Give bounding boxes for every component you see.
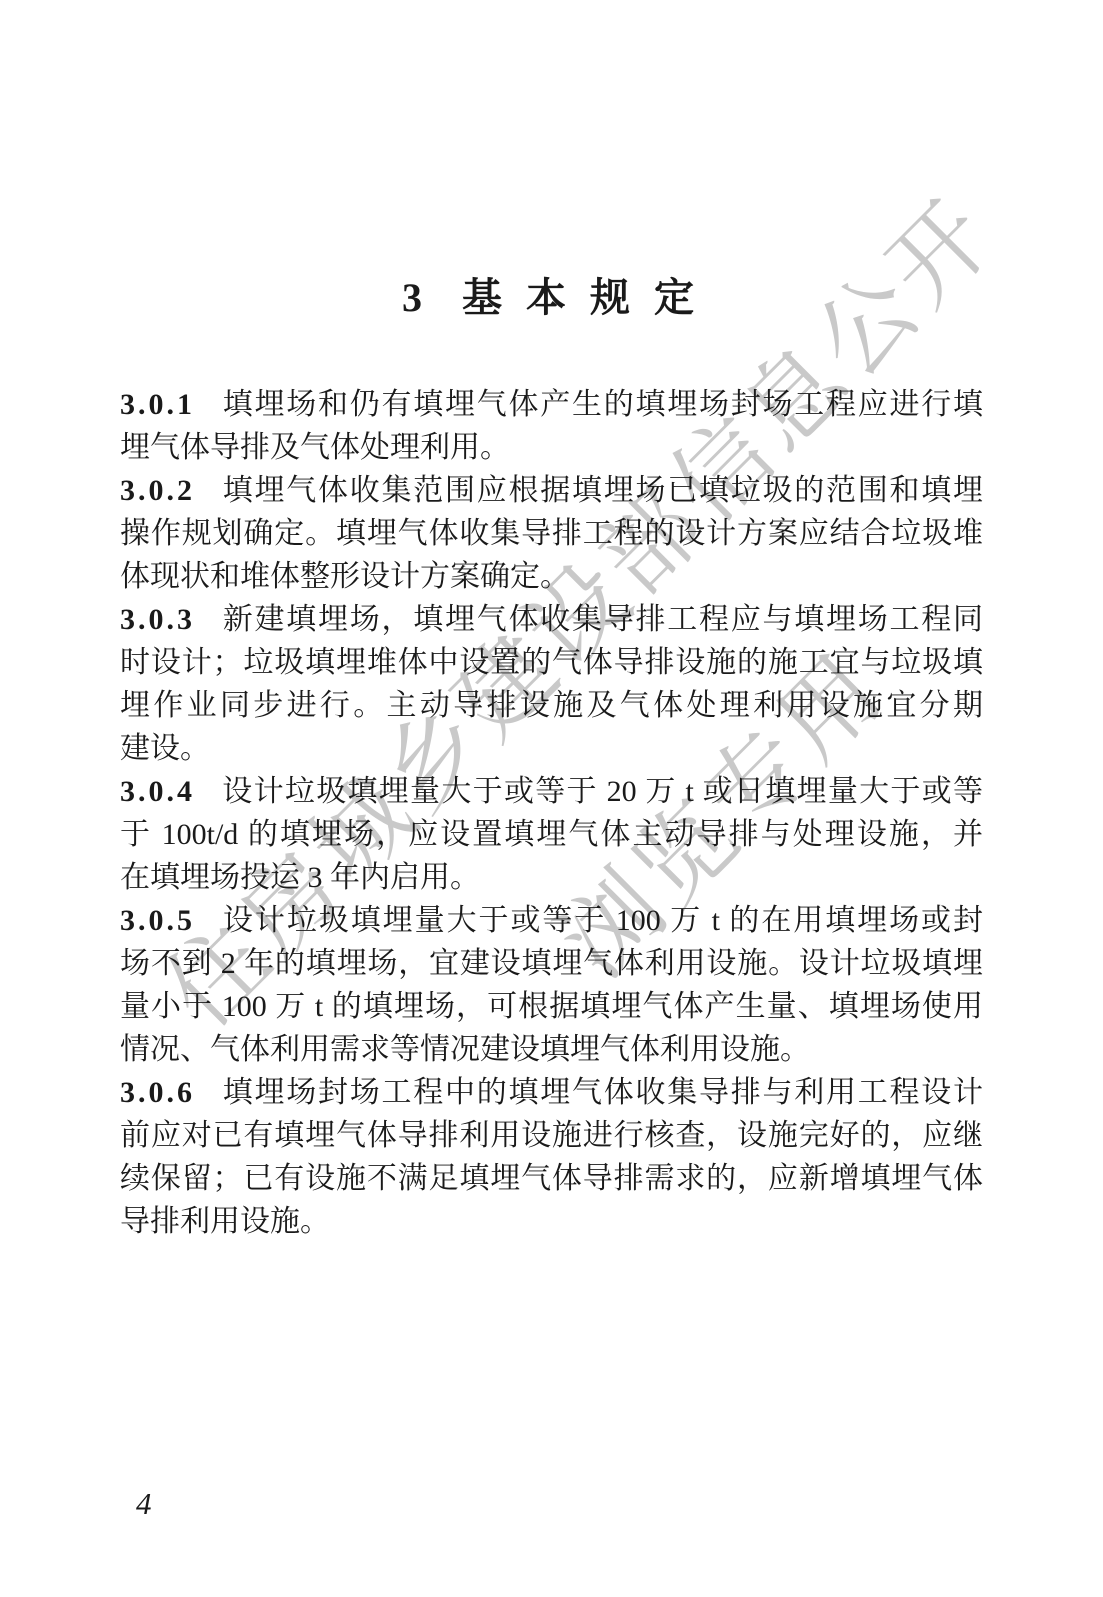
page-number: 4: [136, 1486, 152, 1522]
clause-line: 3.0.5设计垃圾填埋量大于或等于 100 万 t 的在用填埋场或封: [120, 899, 983, 942]
clause-number: 3.0.4: [120, 775, 195, 808]
clause-line: 情况、气体利用需求等情况建设填埋气体利用设施。: [120, 1028, 983, 1071]
clause-line: 3.0.1填埋场和仍有填埋气体产生的填埋场封场工程应进行填: [120, 383, 983, 426]
clause-line: 导排利用设施。: [120, 1200, 983, 1243]
clause-line: 操作规划确定。填埋气体收集导排工程的设计方案应结合垃圾堆: [120, 512, 983, 555]
clause-text: 设计垃圾填埋量大于或等于 100 万 t 的在用填埋场或封: [221, 904, 983, 937]
clause-line: 时设计；垃圾填埋堆体中设置的气体导排设施的施工宜与垃圾填: [120, 641, 983, 684]
clause-text: 填埋场封场工程中的填埋气体收集导排与利用工程设计: [221, 1076, 983, 1109]
clause-line: 场不到 2 年的填埋场，宜建设填埋气体利用设施。设计垃圾填埋: [120, 942, 983, 985]
clause-line: 建设。: [120, 727, 983, 770]
chapter-number: 3: [402, 275, 422, 320]
clause-line: 3.0.3新建填埋场，填埋气体收集导排工程应与填埋场工程同: [120, 598, 983, 641]
clause-number: 3.0.5: [120, 904, 195, 937]
chapter-title: 3基 本 规 定: [0, 266, 1103, 323]
clause-line: 3.0.4设计垃圾填埋量大于或等于 20 万 t 或日填埋量大于或等: [120, 770, 983, 813]
clause-number: 3.0.2: [120, 474, 195, 507]
clause-text: 填埋场和仍有填埋气体产生的填埋场封场工程应进行填: [221, 388, 983, 421]
clause-text: 新建填埋场，填埋气体收集导排工程应与填埋场工程同: [221, 603, 983, 636]
clause-number: 3.0.3: [120, 603, 195, 636]
clause-line: 埋气体导排及气体处理利用。: [120, 426, 983, 469]
clause-line: 埋作业同步进行。主动导排设施及气体处理利用设施宜分期: [120, 684, 983, 727]
clause-line: 3.0.2填埋气体收集范围应根据填埋场已填垃圾的范围和填埋: [120, 469, 983, 512]
clause-text: 设计垃圾填埋量大于或等于 20 万 t 或日填埋量大于或等: [221, 775, 983, 808]
clause-line: 量小于 100 万 t 的填埋场，可根据填埋气体产生量、填埋场使用: [120, 985, 983, 1028]
clause-number: 3.0.1: [120, 388, 195, 421]
clause-line: 续保留；已有设施不满足填埋气体导排需求的，应新增填埋气体: [120, 1157, 983, 1200]
clause-line: 于 100t/d 的填埋场，应设置填埋气体主动导排与处理设施，并: [120, 813, 983, 856]
clause-line: 3.0.6填埋场封场工程中的填埋气体收集导排与利用工程设计: [120, 1071, 983, 1114]
clause-line: 在填埋场投运 3 年内启用。: [120, 856, 983, 899]
clauses-container: 3.0.1填埋场和仍有填埋气体产生的填埋场封场工程应进行填埋气体导排及气体处理利…: [120, 383, 983, 1243]
clause-line: 体现状和堆体整形设计方案确定。: [120, 555, 983, 598]
clause-line: 前应对已有填埋气体导排利用设施进行核查，设施完好的，应继: [120, 1114, 983, 1157]
document-page: 住房城乡建设部信息公开 浏览专用 3基 本 规 定 3.0.1填埋场和仍有填埋气…: [0, 0, 1103, 1597]
clause-text: 填埋气体收集范围应根据填埋场已填垃圾的范围和填埋: [221, 474, 983, 507]
chapter-title-text: 基 本 规 定: [462, 275, 701, 320]
clause-number: 3.0.6: [120, 1076, 195, 1109]
